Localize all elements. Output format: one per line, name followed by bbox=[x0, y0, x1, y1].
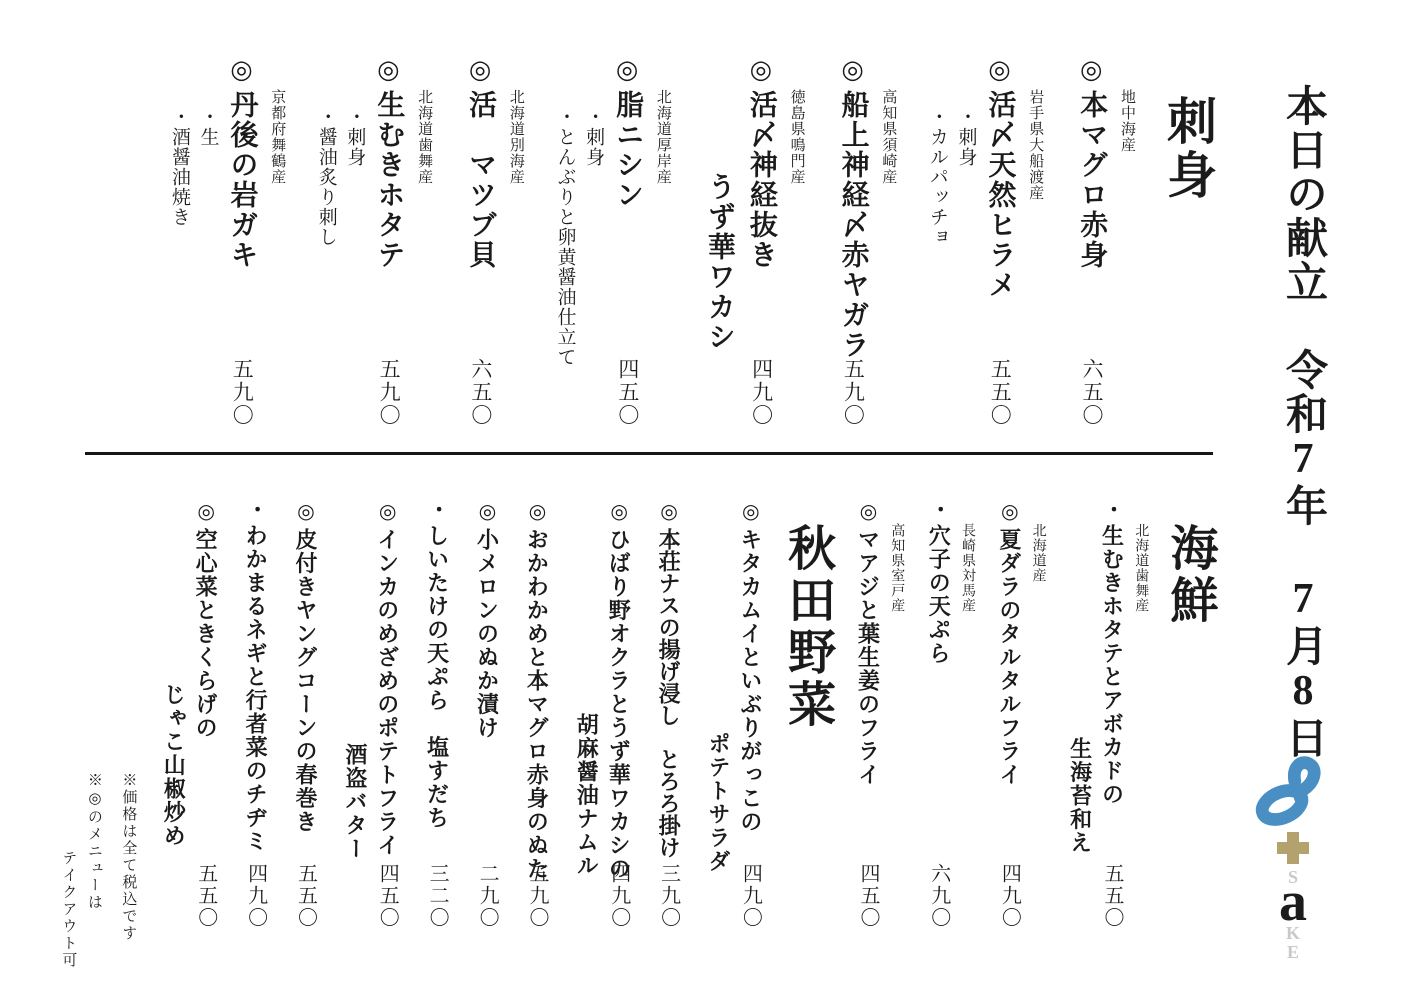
item-name-line2: 酒盗バター bbox=[339, 499, 371, 929]
item-name: 本マグロ赤身 bbox=[1076, 90, 1107, 270]
item-sub-option: ・醤油炙り刺し bbox=[312, 55, 339, 427]
item-name: ひばり野オクラとうず華ワカシの bbox=[606, 528, 631, 881]
takeout-marker: ◎ bbox=[227, 55, 256, 90]
menu-item-inca: ◎インカのめざめのポテトフライ四五〇 酒盗バター bbox=[339, 499, 403, 929]
takeout-marker: ◎ bbox=[607, 499, 629, 528]
plus-icon bbox=[1277, 832, 1309, 864]
item-price: 四九〇 bbox=[604, 863, 633, 929]
menu-item-iwagaki: 京都府舞鶴産 ◎丹後の岩ガキ五九〇 ・生 ・酒醤油焼き bbox=[165, 55, 286, 427]
takeout-marker: ◎ bbox=[476, 499, 498, 528]
item-name: 船上神経〆赤ヤガラ bbox=[838, 90, 869, 360]
section-divider-line bbox=[85, 452, 1213, 455]
logo-letter-a: a bbox=[1279, 879, 1307, 927]
item-name: 夏ダラのタルタルフライ bbox=[997, 528, 1022, 787]
takeout-marker: ◎ bbox=[857, 499, 879, 528]
takeout-marker: ◎ bbox=[613, 55, 642, 90]
menu-item-honjo-nasu: ◎本荘ナスの揚げ浸し とろろ掛け三九〇 bbox=[652, 499, 684, 929]
takeout-marker: ◎ bbox=[747, 55, 776, 90]
item-price: 五九〇 bbox=[837, 358, 869, 427]
item-sub-option: ・刺身 bbox=[952, 55, 979, 427]
takeout-marker: ◎ bbox=[739, 499, 761, 528]
item-price: 五五〇 bbox=[984, 358, 1016, 427]
item-sub-option: ・カルパッチョ bbox=[923, 55, 950, 427]
item-price: 六五〇 bbox=[1076, 358, 1108, 427]
note-takeout-line2: テイクアウト可 bbox=[57, 499, 80, 1002]
note-takeout-line1: ※◎のメニューは bbox=[82, 499, 105, 1002]
menu-item-maguro: 地中海産 ◎本マグロ赤身六五〇 bbox=[1070, 55, 1136, 427]
item-name: 生むきホタテとアボカドの bbox=[1099, 524, 1124, 806]
item-name: 穴子の天ぷら bbox=[926, 524, 951, 665]
item-name-line2: ポテトサラダ bbox=[702, 499, 734, 929]
item-sub-option: ・とんぶりと卵黄醤油仕立て bbox=[551, 55, 578, 427]
takeout-marker: ◎ bbox=[194, 499, 216, 528]
takeout-marker: ◎ bbox=[657, 499, 679, 528]
item-name: 空心菜ときくらげの bbox=[193, 528, 218, 740]
takeout-marker: ◎ bbox=[376, 499, 398, 528]
takeout-marker: ◎ bbox=[986, 55, 1015, 90]
item-name: 本荘ナスの揚げ浸し とろろ掛け bbox=[656, 528, 681, 858]
menu-item-nishin: 北海道厚岸産 ◎脂ニシン四五〇 ・刺身 ・とんぶりと卵黄醤油仕立て bbox=[551, 55, 672, 427]
menu-item-anago: 長崎県対馬産 ・穴子の天ぷら六九〇 bbox=[922, 499, 975, 929]
fish-icon bbox=[1252, 752, 1334, 838]
item-sub-option: ・刺身 bbox=[341, 55, 368, 427]
menu-item-young-corn: ◎皮付きヤングコーンの春巻き五五〇 bbox=[289, 499, 321, 929]
bullet-marker: ・ bbox=[244, 499, 266, 524]
menu-item-yagara: 高知県須崎産 ◎船上神経〆赤ヤガラ五九〇 bbox=[832, 55, 898, 427]
item-sub-option: ・酒醤油焼き bbox=[165, 55, 192, 427]
section-sashimi: 刺身 地中海産 ◎本マグロ赤身六五〇 岩手県大船渡産 ◎活〆天然ヒラメ五五〇 ・… bbox=[139, 55, 1216, 427]
bullet-marker: ・ bbox=[426, 499, 448, 524]
takeout-marker: ◎ bbox=[1077, 55, 1106, 90]
takeout-marker: ◎ bbox=[466, 55, 495, 90]
menu-item-hotate: 北海道歯舞産 ◎生むきホタテ五九〇 ・刺身 ・醤油炙り刺し bbox=[312, 55, 433, 427]
item-price: 五五〇 bbox=[291, 863, 320, 929]
menu-item-hirame: 岩手県大船渡産 ◎活〆天然ヒラメ五五〇 ・刺身 ・カルパッチョ bbox=[923, 55, 1044, 427]
takeout-marker: ◎ bbox=[374, 55, 403, 90]
note-tax-included: ※価格は全て税込です bbox=[117, 499, 140, 1002]
item-origin: 地中海産 bbox=[1117, 55, 1136, 427]
item-name: 活 マツブ貝 bbox=[465, 90, 496, 270]
item-name-line2: 胡麻醤油ナムル bbox=[570, 499, 602, 929]
item-name: しいたけの天ぷら 塩すだち bbox=[425, 524, 450, 830]
section-header-sashimi: 刺身 bbox=[1160, 55, 1216, 427]
item-price: 四九〇 bbox=[735, 863, 764, 929]
item-origin: 岩手県大船渡産 bbox=[1026, 55, 1045, 427]
menu-page: { "title": "本日の献立 令和7年 7月8日", "sections"… bbox=[0, 0, 1416, 1002]
item-price: 四九〇 bbox=[241, 863, 270, 929]
item-price: 五五〇 bbox=[1097, 863, 1126, 929]
item-origin: 京都府舞鶴産 bbox=[267, 55, 286, 427]
menu-item-hotate-avocado: 北海道歯舞産 ・生むきホタテとアボカドの五五〇 生海苔和え bbox=[1064, 499, 1149, 929]
menu-item-okawakame: ◎おかわかめと本マグロ赤身のぬた五九〇 bbox=[521, 499, 553, 929]
item-origin: 徳島県鳴門産 bbox=[787, 55, 806, 427]
item-origin: 北海道産 bbox=[1029, 499, 1046, 929]
item-price: 二九〇 bbox=[472, 863, 501, 929]
item-price: 六九〇 bbox=[924, 863, 953, 929]
item-price: 三二〇 bbox=[422, 863, 451, 929]
menu-item-matsubugai: 北海道別海産 ◎活 マツブ貝六五〇 bbox=[459, 55, 525, 427]
section-header-akita: 秋田野菜 bbox=[780, 499, 834, 929]
menu-item-wakashi: 徳島県鳴門産 ◎活〆神経抜き四九〇 うず華ワカシ bbox=[698, 55, 806, 427]
section-header-kaisen: 海鮮 bbox=[1162, 499, 1216, 929]
item-origin: 北海道別海産 bbox=[506, 55, 525, 427]
logo-letter-e: E bbox=[1287, 943, 1299, 962]
takeout-marker: ◎ bbox=[294, 499, 316, 528]
menu-item-wakamaru-negi: ・わかまるネギと行者菜のチヂミ四九〇 bbox=[239, 499, 271, 929]
menu-item-komelon: ◎小メロンのぬか漬け二九〇 bbox=[471, 499, 503, 929]
item-origin: 高知県室戸産 bbox=[888, 499, 905, 929]
item-name: 丹後の岩ガキ bbox=[226, 90, 257, 270]
item-name-line2: 生海苔和え bbox=[1064, 499, 1096, 929]
item-name: 小メロンのぬか漬け bbox=[475, 528, 500, 740]
item-price: 四九〇 bbox=[994, 863, 1023, 929]
menu-item-natsudara: 北海道産 ◎夏ダラのタルタルフライ四九〇 bbox=[993, 499, 1046, 929]
item-name: マアジと葉生姜のフライ bbox=[856, 528, 881, 787]
item-name: 脂ニシン bbox=[612, 90, 643, 210]
logo-wordmark: S a K E bbox=[1279, 868, 1307, 962]
item-price: 五五〇 bbox=[191, 863, 220, 929]
item-name: 皮付きヤングコーンの春巻き bbox=[293, 528, 318, 834]
item-name: キタカムイといぶりがっこの bbox=[738, 528, 763, 834]
item-origin: 北海道歯舞産 bbox=[1131, 499, 1148, 929]
item-price: 六五〇 bbox=[464, 358, 496, 427]
menu-item-maaji: 高知県室戸産 ◎マアジと葉生姜のフライ四五〇 bbox=[852, 499, 905, 929]
item-origin: 高知県須崎産 bbox=[879, 55, 898, 427]
takeout-marker: ◎ bbox=[525, 499, 547, 528]
bullet-marker: ・ bbox=[927, 499, 949, 524]
item-name: おかわかめと本マグロ赤身のぬた bbox=[524, 528, 549, 881]
item-price: 四五〇 bbox=[611, 358, 643, 427]
item-name: 生むきホタテ bbox=[373, 90, 404, 270]
page-title: 本日の献立 令和7年 7月8日 bbox=[1275, 84, 1330, 760]
menu-item-shiitake: ・しいたけの天ぷら 塩すだち三二〇 bbox=[421, 499, 453, 929]
item-name: わかまるネギと行者菜のチヂミ bbox=[243, 524, 268, 853]
item-price: 五九〇 bbox=[522, 863, 551, 929]
section-bottom: 海鮮 北海道歯舞産 ・生むきホタテとアボカドの五五〇 生海苔和え 北海道産 ◎夏… bbox=[54, 499, 1216, 929]
item-name: インカのめざめのポテトフライ bbox=[375, 528, 400, 857]
item-price: 四五〇 bbox=[372, 863, 401, 929]
item-name: 活〆天然ヒラメ bbox=[985, 90, 1016, 300]
menu-item-kitakamui: ◎キタカムイといぶりがっこの四九〇 ポテトサラダ bbox=[702, 499, 766, 929]
bullet-marker: ・ bbox=[1100, 499, 1122, 524]
item-origin: 長崎県対馬産 bbox=[958, 499, 975, 929]
item-price: 五九〇 bbox=[373, 358, 405, 427]
item-name: 活〆神経抜き bbox=[746, 90, 777, 270]
item-price: 四九〇 bbox=[745, 358, 777, 427]
takeout-marker: ◎ bbox=[998, 499, 1020, 528]
logo-letter-k: K bbox=[1286, 924, 1300, 943]
item-name-line2: うず華ワカシ bbox=[698, 55, 740, 427]
item-name-line2: じゃこ山椒炒め bbox=[157, 499, 189, 929]
menu-item-kushinsai: ◎空心菜ときくらげの五五〇 じゃこ山椒炒め bbox=[157, 499, 221, 929]
takeout-marker: ◎ bbox=[839, 55, 868, 90]
item-price: 四五〇 bbox=[853, 863, 882, 929]
restaurant-logo: S a K E bbox=[1248, 752, 1338, 962]
item-price: 三九〇 bbox=[654, 863, 683, 929]
item-origin: 北海道歯舞産 bbox=[414, 55, 433, 427]
item-price: 五九〇 bbox=[226, 358, 258, 427]
item-origin: 北海道厚岸産 bbox=[653, 55, 672, 427]
menu-item-hibarino-okra: ◎ひばり野オクラとうず華ワカシの四九〇 胡麻醤油ナムル bbox=[570, 499, 634, 929]
item-sub-option: ・生 bbox=[194, 55, 221, 427]
item-sub-option: ・刺身 bbox=[579, 55, 606, 427]
